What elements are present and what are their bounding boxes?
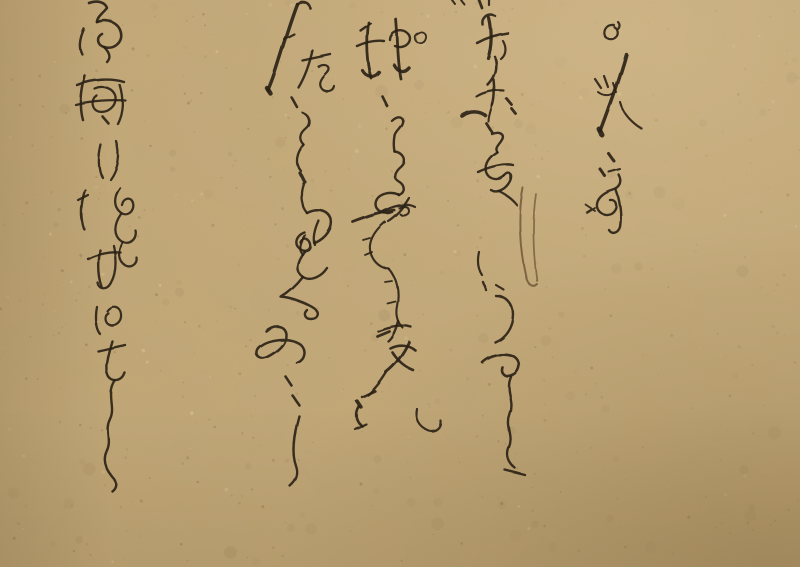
ink-stroke <box>385 281 392 282</box>
ink-stroke <box>599 129 602 135</box>
manuscript-photo <box>0 0 800 567</box>
calligraphy-page-svg <box>0 0 800 567</box>
ink-stroke <box>267 88 270 93</box>
